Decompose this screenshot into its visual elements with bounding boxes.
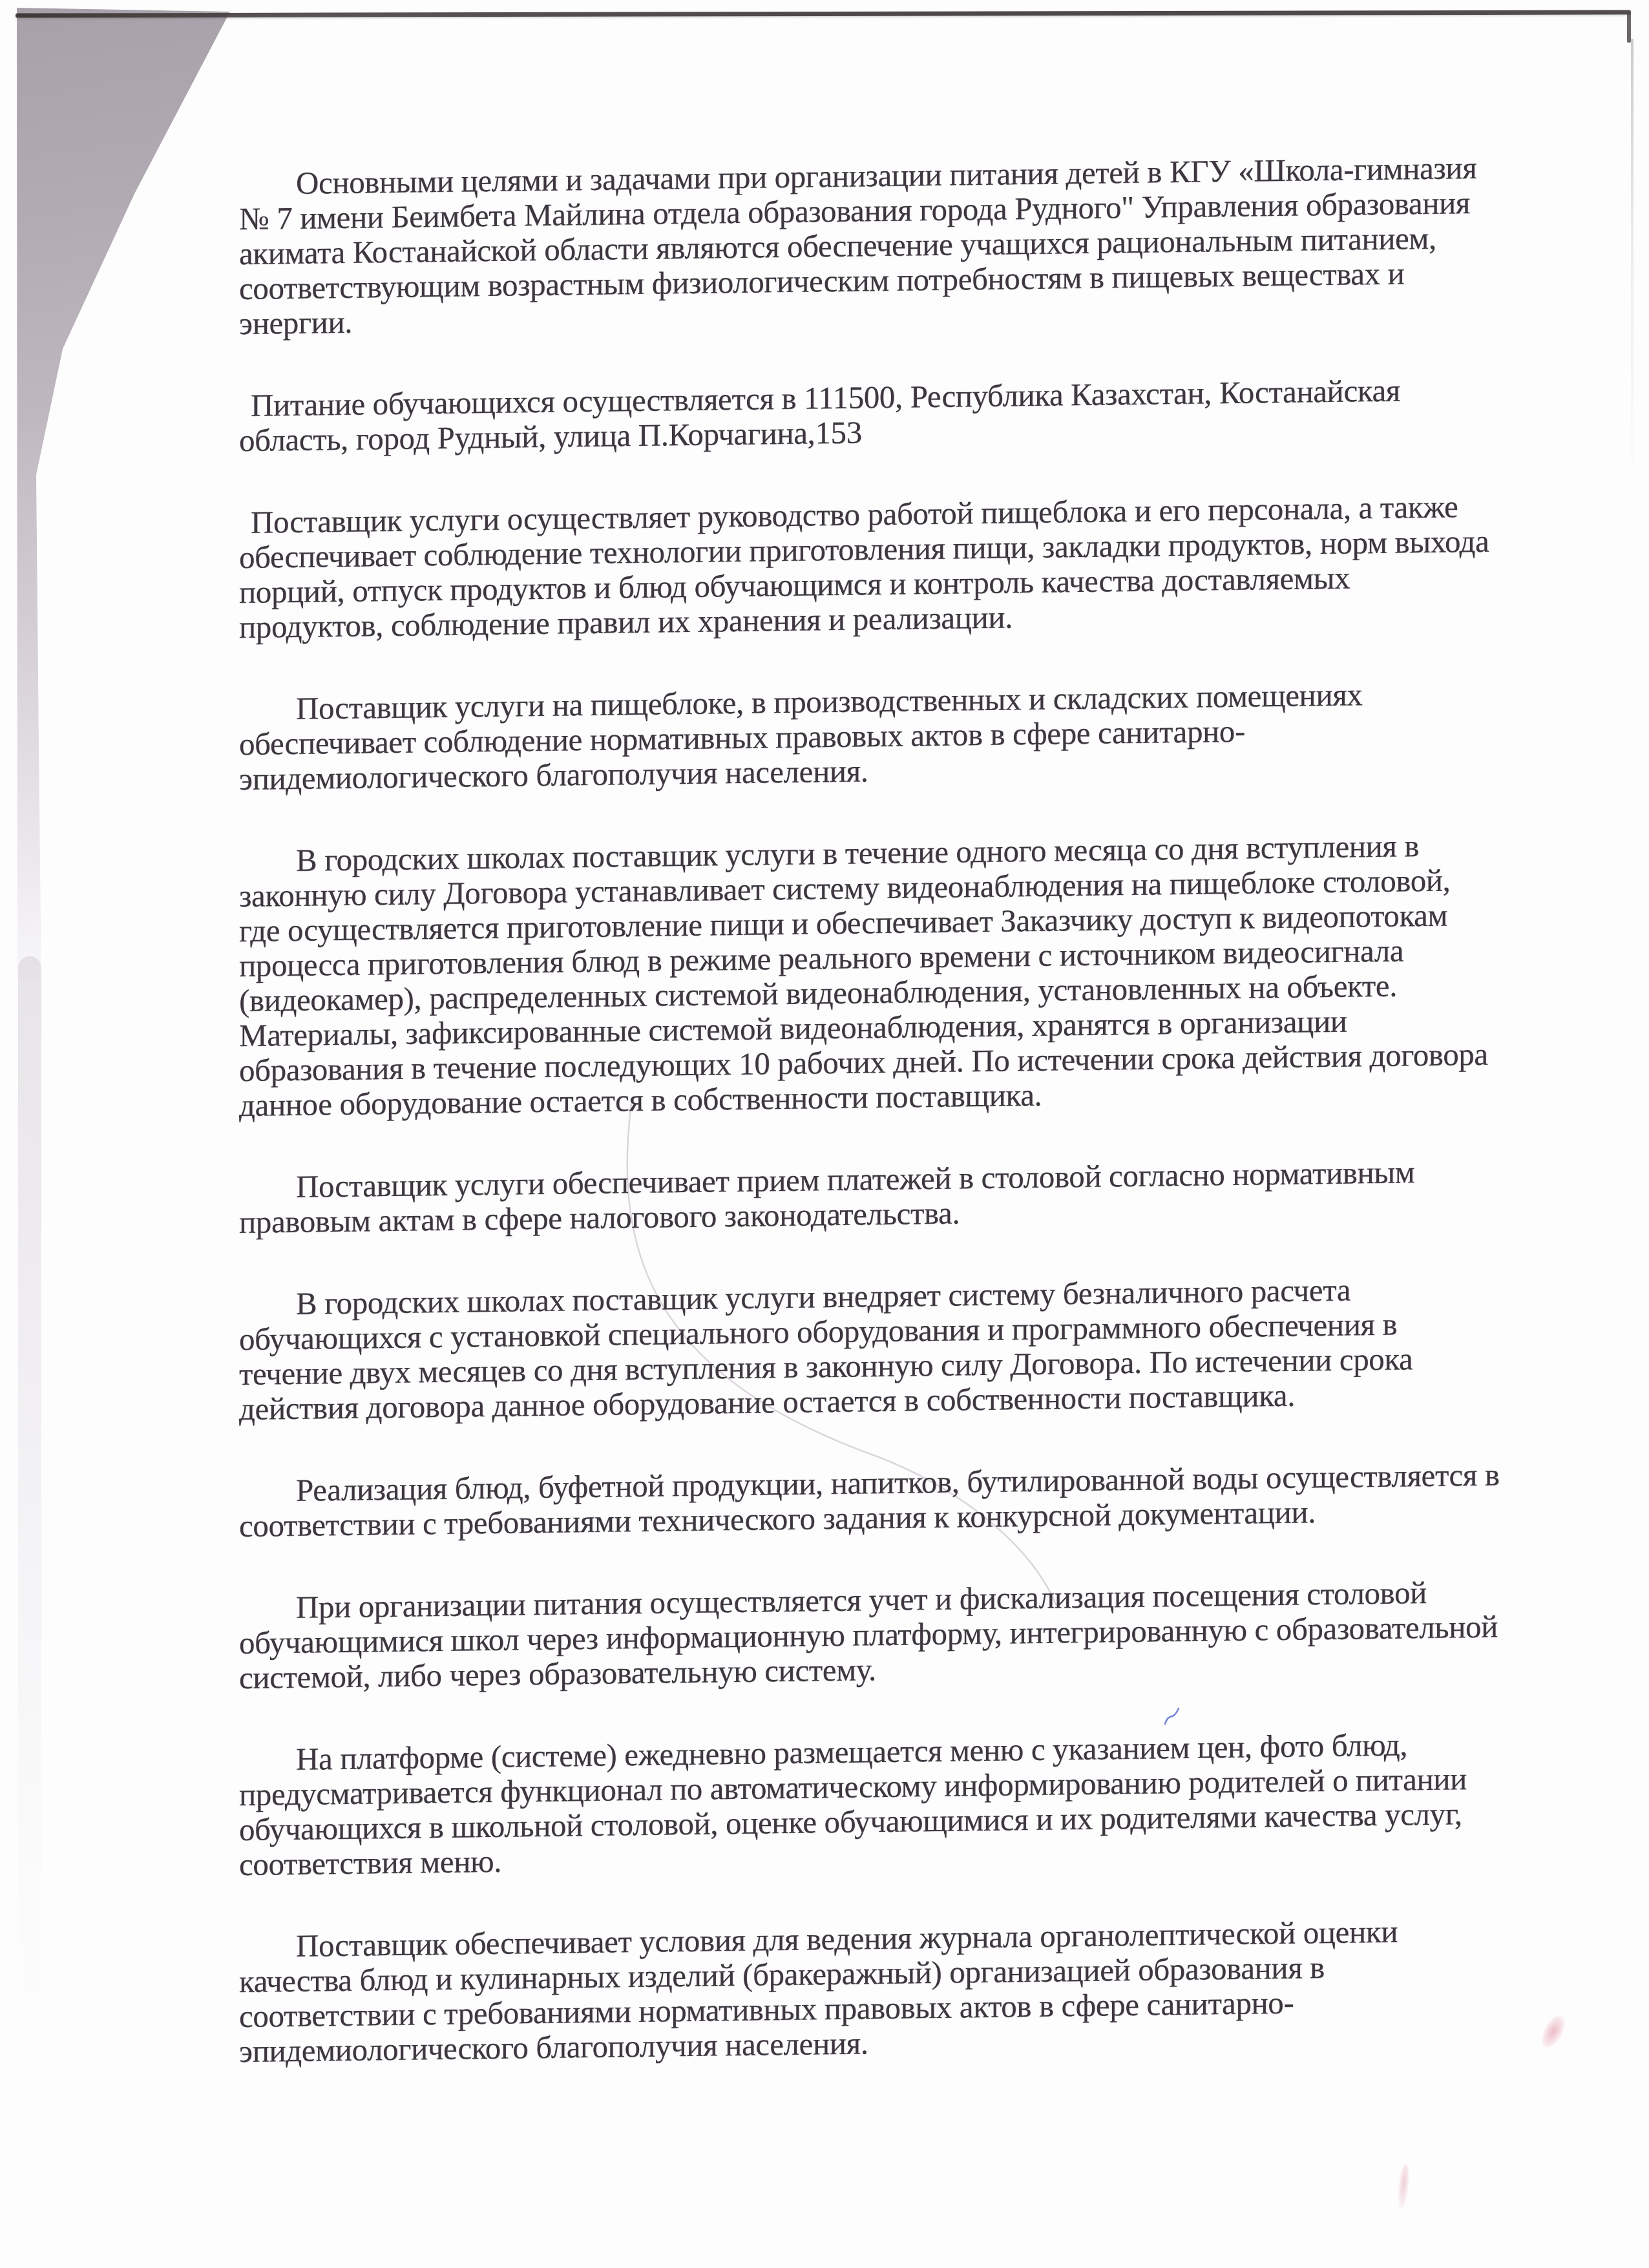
scan-shadow-left-strip	[18, 956, 41, 2132]
paragraph: Поставщик услуги на пищеблоке, в произво…	[239, 675, 1560, 797]
paragraph: При организации питания осуществляется у…	[239, 1573, 1560, 1696]
pink-smudge-sliver	[1396, 2164, 1411, 2210]
paragraph: В городских школах поставщик услуги внед…	[239, 1270, 1560, 1427]
paragraph: Питание обучающихся осуществляется в 111…	[239, 371, 1560, 458]
paragraph: Поставщик услуги обеспечивает прием плат…	[239, 1153, 1560, 1240]
paragraph: Поставщик обеспечивает условия для веден…	[239, 1912, 1560, 2069]
document-text: Основными целями и задачами при организа…	[239, 149, 1560, 2069]
paragraph: Поставщик услуги осуществляет руководств…	[239, 488, 1560, 645]
paragraph: Реализация блюд, буфетной продукции, нап…	[239, 1456, 1560, 1544]
paragraph: В городских школах поставщик услуги в те…	[239, 826, 1560, 1123]
paragraph: Основными целями и задачами при организа…	[239, 149, 1560, 341]
page-top-edge-line	[16, 10, 1631, 17]
paragraph: На платформе (системе) ежедневно размеща…	[239, 1725, 1560, 1882]
scan-shadow-top-left-wedge	[0, 0, 271, 995]
page-right-edge-shadow	[1631, 39, 1633, 491]
scanned-document-page: Основными целями и задачами при организа…	[0, 0, 1649, 2268]
